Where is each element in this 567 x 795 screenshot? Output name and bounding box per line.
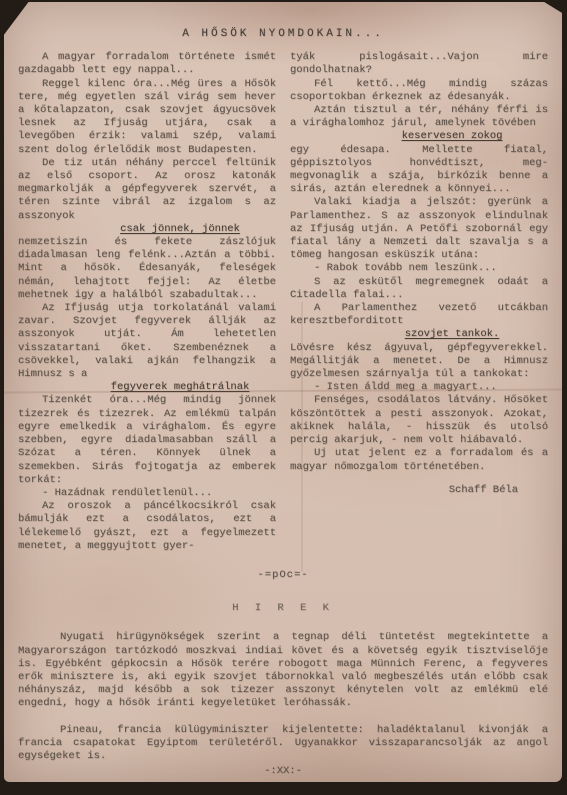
subheading-underlined: szovjet tankok.: [290, 328, 548, 341]
paragraph: Valaki kiadja a jelszót: gyerünk a Parla…: [290, 196, 548, 262]
paragraph: Fél kettő...Még mindig százas csoportokb…: [290, 78, 548, 104]
author-signature: Schaff Béla: [290, 484, 548, 497]
document-title: A HŐSÖK NYOMDOKAIN...: [4, 28, 562, 41]
paragraph: Fenséges, csodálatos látvány. Hősöket kö…: [290, 394, 548, 447]
paragraph: Uj utat jelent ez a forradalom és a magy…: [290, 447, 548, 473]
paragraph: A magyar forradalom története ismét gazd…: [18, 51, 276, 77]
news-paragraph: Nyugati hirügynökségek szerint a tegnap …: [18, 631, 548, 710]
paragraph: nemzetiszin és fekete zászlójuk diadalma…: [18, 236, 276, 302]
left-column: A magyar forradalom története ismét gazd…: [18, 51, 276, 553]
news-paragraph: Pineau, francia külügyminiszter kijelent…: [18, 724, 548, 764]
right-column: tyák pislogásait...Vajon mire gondolhatn…: [290, 51, 548, 553]
paragraph: Tizenkét óra...Még mindig jönnek tizezre…: [18, 394, 276, 486]
subheading-underlined: keservesen zokog: [290, 130, 548, 143]
dark-corner-top-right: [541, 0, 567, 16]
paragraph: S az eskütől megremegnek odaát a Citadel…: [290, 276, 548, 302]
news-section-title: H I R E K: [4, 602, 562, 615]
dialog-line: - Rabok tovább nem leszünk...: [290, 262, 548, 275]
paragraph: Aztán tisztul a tér, néhány férfi is a v…: [290, 104, 548, 130]
paragraph: egy édesapa. Mellette fiatal, géppisztol…: [290, 144, 548, 197]
end-mark: -:XX:-: [4, 765, 562, 778]
paragraph: Reggel kilenc óra...Még üres a Hősök ter…: [18, 78, 276, 157]
dialog-line: - Hazádnak rendületlenül...: [18, 487, 276, 500]
paragraph: Lövésre kész ágyuval, gépfegyverekkel. M…: [290, 342, 548, 382]
paragraph: A Parlamenthez vezető utcákban keresztbe…: [290, 302, 548, 328]
paragraph: De tiz után néhány perccel feltünik az e…: [18, 157, 276, 223]
paragraph: tyák pislogásait...Vajon mire gondolhatn…: [290, 51, 548, 77]
two-column-article: A magyar forradalom története ismét gazd…: [4, 51, 562, 553]
scanned-photo-background: A HŐSÖK NYOMDOKAIN... A magyar forradalo…: [0, 0, 567, 795]
paragraph: Az Ifjuság utja torkolatánál valami zava…: [18, 302, 276, 381]
dark-corner-top-left: [0, 0, 30, 40]
crease-line-vertical: [301, 302, 303, 572]
section-separator: -=pOc=-: [4, 569, 562, 582]
paragraph: Az oroszok a páncélkocsikról csak bámulj…: [18, 500, 276, 553]
document-page: A HŐSÖK NYOMDOKAIN... A magyar forradalo…: [4, 2, 562, 782]
news-section: Nyugati hirügynökségek szerint a tegnap …: [4, 631, 562, 763]
subheading-underlined: csak jönnek, jönnek: [18, 223, 276, 236]
